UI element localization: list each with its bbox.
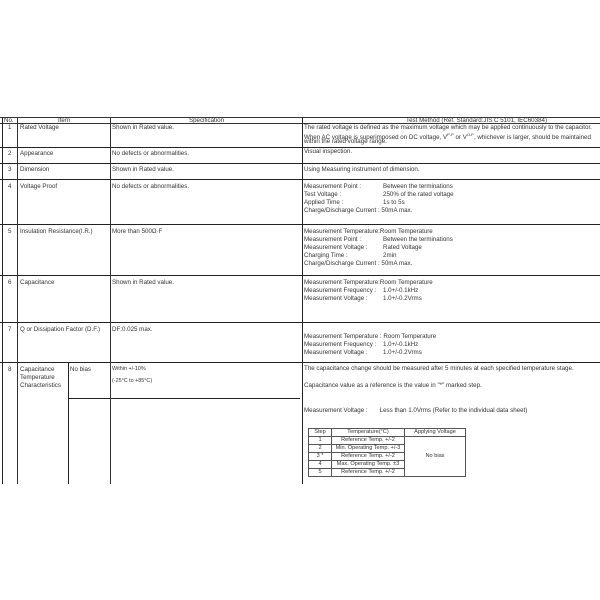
voltage-header: Applying Voltage bbox=[405, 429, 466, 437]
test-value: 250% of the rated voltage bbox=[383, 191, 454, 198]
step-temperature: Reference Temp. +/-2 bbox=[332, 469, 405, 477]
row-divider bbox=[0, 322, 600, 323]
test-label: Applied Time : bbox=[304, 199, 383, 207]
row-item-line: Characteristics bbox=[20, 382, 61, 390]
row-test-line: The capacitance change should be measure… bbox=[304, 365, 574, 373]
test-label: Measurement Temperature : bbox=[304, 333, 382, 340]
row-no: 1 bbox=[8, 124, 11, 132]
test-value: Room Temperature bbox=[380, 228, 433, 235]
row-spec-line: Within +/-10% bbox=[112, 366, 146, 374]
test-value: Room Temperature bbox=[383, 333, 436, 340]
step-no: 3 * bbox=[309, 453, 332, 461]
row-no: 5 bbox=[8, 228, 11, 236]
test-value: 1.0+/-0.1kHz bbox=[383, 341, 418, 348]
table-left-border bbox=[2, 117, 3, 484]
row-divider bbox=[0, 147, 600, 148]
step-no: 1 bbox=[309, 437, 332, 445]
test-value: 1.0+/-0.2Vrms bbox=[383, 349, 422, 356]
temperature-step-table: Step Temperature(°C) Applying Voltage 1 … bbox=[308, 428, 466, 477]
test-pair: Measurement Point :Between the terminati… bbox=[304, 183, 453, 191]
row-divider bbox=[0, 224, 600, 225]
text: , whichever is larger, should be maintai… bbox=[474, 134, 591, 141]
test-value: Rated Voltage bbox=[383, 244, 422, 251]
row-item-line: Capacitance bbox=[20, 366, 54, 374]
test-pair: Measurement Temperature:Room Temperature bbox=[304, 279, 433, 287]
step-no: 2 bbox=[309, 445, 332, 453]
step-no: 4 bbox=[309, 461, 332, 469]
row-test-line: Using Measuring instrument of dimension. bbox=[304, 166, 420, 174]
row-spec: No defects or abnormalities. bbox=[112, 150, 189, 158]
test-value: 1.0+/-0.1kHz bbox=[383, 287, 418, 294]
test-value: Between the terminations bbox=[383, 183, 453, 190]
applying-voltage: No bias bbox=[405, 437, 466, 477]
step-temperature: Min. Operating Temp. +/-3 bbox=[332, 445, 405, 453]
col-divider bbox=[302, 117, 303, 484]
step-temperature: Reference Temp. +/-2 bbox=[332, 453, 405, 461]
row-no: 2 bbox=[8, 150, 11, 158]
temperature-header: Temperature(°C) bbox=[332, 429, 405, 437]
test-label: Test Voltage : bbox=[304, 191, 383, 199]
test-label: Measurement Temperature: bbox=[304, 279, 380, 286]
test-label: Charge/Discharge Current : bbox=[304, 207, 380, 214]
test-value: 1.0+/-0.2Vrms bbox=[383, 295, 422, 302]
test-pair: Charge/Discharge Current : 50mA max. bbox=[304, 207, 412, 215]
superscript: P-P bbox=[447, 132, 454, 137]
row-spec: No defects or abnormalities. bbox=[112, 183, 189, 191]
row-divider bbox=[0, 163, 600, 164]
row-divider bbox=[0, 362, 600, 363]
test-value: 50mA max. bbox=[381, 207, 412, 214]
test-pair: Applied Time :1s to 5s bbox=[304, 199, 405, 207]
test-pair: Measurement Voltage :1.0+/-0.2Vrms bbox=[304, 295, 422, 303]
test-pair: Measurement Voltage :1.0+/-0.2Vrms bbox=[304, 349, 422, 357]
row-item-line: Temperature bbox=[20, 374, 55, 382]
test-pair: Charge/Discharge Current : 50mA max. bbox=[304, 260, 412, 268]
test-value: 2min bbox=[383, 252, 396, 259]
test-label: Charge/Discharge Current : bbox=[304, 260, 380, 267]
step-header: Step bbox=[309, 429, 332, 437]
row-no: 8 bbox=[8, 366, 11, 374]
test-value: 50mA max. bbox=[381, 260, 412, 267]
test-pair: Measurement Frequency :1.0+/-0.1kHz bbox=[304, 341, 418, 349]
row-no: 6 bbox=[8, 279, 11, 287]
test-pair: Measurement Temperature : Room Temperatu… bbox=[304, 333, 436, 341]
step-row: 1 Reference Temp. +/-2 No bias bbox=[309, 437, 466, 445]
test-pair: Measurement Point :Between the terminati… bbox=[304, 236, 453, 244]
row-test-line: Capacitance value as a reference is the … bbox=[304, 382, 482, 390]
col-divider bbox=[17, 117, 18, 484]
superscript: O-P bbox=[467, 132, 474, 137]
test-pair: Measurement Frequency :1.0+/-0.1kHz bbox=[304, 287, 418, 295]
row-divider bbox=[0, 179, 600, 180]
row-spec: Shown in Rated value. bbox=[112, 279, 174, 287]
test-value: 1s to 5s bbox=[383, 199, 405, 206]
test-value: Between the terminations bbox=[383, 236, 453, 243]
test-label: Measurement Voltage : bbox=[304, 244, 383, 252]
row-item: Rated Voltage bbox=[20, 124, 59, 132]
row-spec: Shown in Rated value. bbox=[112, 124, 174, 132]
sub-row-divider bbox=[68, 398, 300, 399]
row-item: Q or Dissipation Factor (D.F.) bbox=[20, 326, 100, 334]
row-test-line: Visual inspection. bbox=[304, 148, 352, 156]
test-pair: Test Voltage :250% of the rated voltage bbox=[304, 191, 454, 199]
row-item: Appearance bbox=[20, 150, 53, 158]
text: or V bbox=[454, 134, 467, 141]
test-label: Measurement Point : bbox=[304, 183, 383, 191]
row-test-line: Measurement Voltage : Less than 1.0Vrms … bbox=[304, 407, 527, 415]
test-label: Measurement Point : bbox=[304, 236, 383, 244]
test-label: Measurement Temperature: bbox=[304, 228, 380, 235]
step-temperature: Reference Temp. +/-2 bbox=[332, 437, 405, 445]
row-no: 3 bbox=[8, 166, 11, 174]
test-label: Charging Time : bbox=[304, 252, 383, 260]
test-label: Measurement Frequency : bbox=[304, 287, 383, 295]
test-label: Measurement Voltage : bbox=[304, 295, 383, 303]
row-no: 7 bbox=[8, 326, 11, 334]
row-item: Voltage Proof bbox=[20, 183, 57, 191]
step-temperature: Max. Operating Temp. ±3 bbox=[332, 461, 405, 469]
row-item: Capacitance bbox=[20, 279, 54, 287]
step-table-header: Step Temperature(°C) Applying Voltage bbox=[309, 429, 466, 437]
test-pair: Charging Time :2min bbox=[304, 252, 396, 260]
sub-col-divider bbox=[68, 362, 69, 484]
test-label: Measurement Frequency : bbox=[304, 341, 383, 349]
row-spec: Shown in Rated value. bbox=[112, 166, 174, 174]
row-divider bbox=[0, 275, 600, 276]
row-spec-line: (-25°C to +85°C) bbox=[112, 378, 152, 386]
row-no: 4 bbox=[8, 183, 11, 191]
row-item: Dimension bbox=[20, 166, 49, 174]
test-label: Measurement Voltage : bbox=[304, 349, 383, 357]
row-test-line: within the rated voltage range. bbox=[304, 138, 387, 146]
row-sub-item: No bias bbox=[70, 366, 91, 374]
test-value: Room Temperature bbox=[380, 279, 433, 286]
step-no: 5 bbox=[309, 469, 332, 477]
row-spec: DF:0.025 max. bbox=[112, 326, 153, 334]
test-pair: Measurement Voltage :Rated Voltage bbox=[304, 244, 422, 252]
row-spec: More than 500Ω·F bbox=[112, 228, 162, 236]
col-divider bbox=[110, 117, 111, 484]
row-item: Insulation Resistance(I.R.) bbox=[20, 228, 93, 236]
test-pair: Measurement Temperature:Room Temperature bbox=[304, 228, 433, 236]
